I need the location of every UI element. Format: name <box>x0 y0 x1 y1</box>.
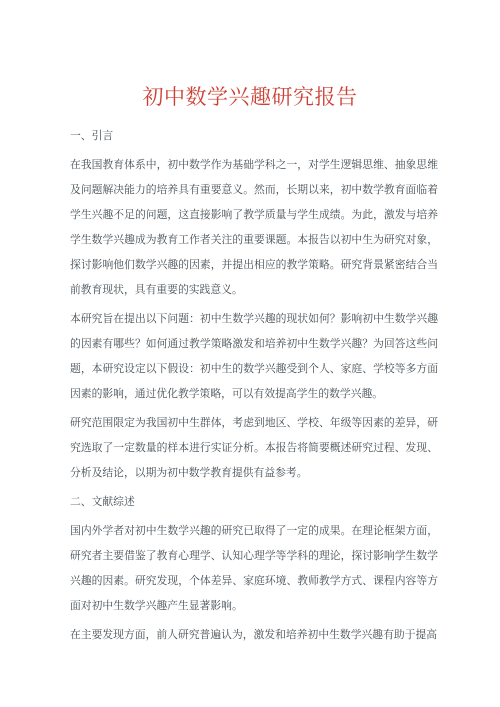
paragraph-literature-2: 在主要发现方面，前人研究普遍认为，激发和培养初中生数学兴趣有助于提高 <box>70 623 438 648</box>
paragraph-intro-2: 本研究旨在提出以下问题：初中生数学兴趣的现状如何？影响初中生数学兴趣的因素有哪些… <box>70 307 438 407</box>
paragraph-intro-3: 研究范围限定为我国初中生群体，考虑到地区、学校、年级等因素的差异，研究选取了一定… <box>70 411 438 486</box>
section-heading-literature-review: 二、文献综述 <box>70 490 438 515</box>
section-heading-introduction: 一、引言 <box>70 124 438 149</box>
paragraph-intro-1: 在我国教育体系中，初中数学作为基础学科之一，对学生逻辑思维、抽象思维及问题解决能… <box>70 153 438 303</box>
report-title: 初中数学兴趣研究报告 <box>0 0 500 113</box>
paragraph-literature-1: 国内外学者对初中生数学兴趣的研究已取得了一定的成果。在理论框架方面，研究者主要借… <box>70 519 438 619</box>
report-body: 一、引言 在我国教育体系中，初中数学作为基础学科之一，对学生逻辑思维、抽象思维及… <box>70 124 438 648</box>
document-page: 初中数学兴趣研究报告 一、引言 在我国教育体系中，初中数学作为基础学科之一，对学… <box>0 0 500 707</box>
